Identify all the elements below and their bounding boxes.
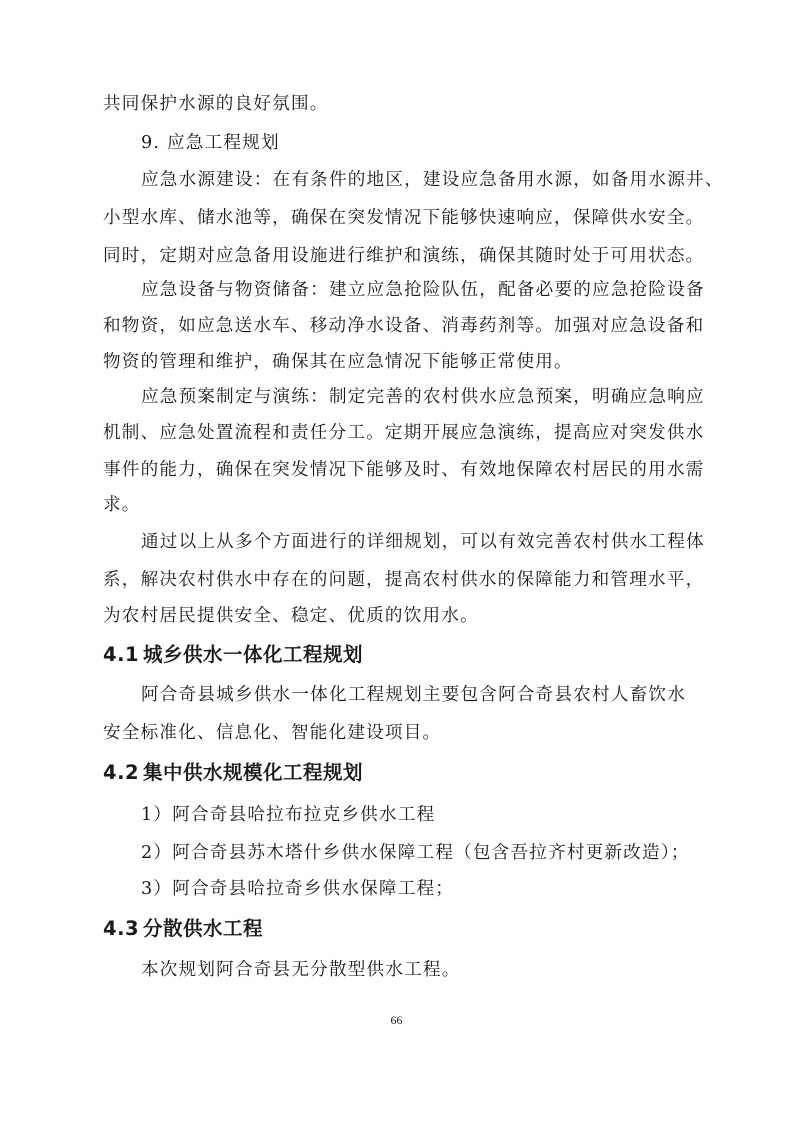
text-line: 阿合奇县城乡供水一体化工程规划主要包含阿合奇县农村人畜饮水 bbox=[141, 684, 731, 706]
section-heading: 4.1城乡供水一体化工程规划 bbox=[103, 643, 363, 667]
text-line: 共同保护水源的良好氛围。 bbox=[103, 93, 693, 115]
text-line: 3）阿合奇县哈拉奇乡供水保障工程； bbox=[141, 878, 731, 900]
section-title: 城乡供水一体化工程规划 bbox=[143, 643, 363, 666]
text-line: 为农村居民提供安全、稳定、优质的饮用水。 bbox=[103, 605, 693, 627]
text-line: 机制、应急处置流程和责任分工。定期开展应急演练，提高应对突发供水 bbox=[103, 422, 693, 444]
text-line: 求。 bbox=[103, 494, 693, 516]
text-line: 小型水库、储水池等，确保在突发情况下能够快速响应，保障供水安全。 bbox=[103, 207, 693, 229]
text-line: 安全标准化、信息化、智能化建设项目。 bbox=[103, 722, 693, 744]
text-line: 本次规划阿合奇县无分散型供水工程。 bbox=[141, 959, 731, 981]
section-heading: 4.3分散供水工程 bbox=[103, 917, 263, 941]
text-line: 事件的能力，确保在突发情况下能够及时、有效地保障农村居民的用水需 bbox=[103, 459, 693, 481]
section-heading: 4.2集中供水规模化工程规划 bbox=[103, 761, 363, 785]
text-line: 应急设备与物资储备：建立应急抢险队伍，配备必要的应急抢险设备 bbox=[141, 279, 731, 301]
section-number: 4.2 bbox=[103, 761, 143, 785]
text-line: 2）阿合奇县苏木塔什乡供水保障工程（包含吾拉齐村更新改造）； bbox=[141, 842, 731, 864]
text-line: 系，解决农村供水中存在的问题，提高农村供水的保障能力和管理水平， bbox=[103, 569, 693, 591]
text-line: 和物资，如应急送水车、移动净水设备、消毒药剂等。加强对应急设备和 bbox=[103, 315, 693, 337]
text-line: 9. 应急工程规划 bbox=[141, 132, 731, 154]
section-title: 分散供水工程 bbox=[143, 917, 263, 940]
text-line: 应急预案制定与演练：制定完善的农村供水应急预案，明确应急响应 bbox=[141, 386, 731, 408]
text-line: 1）阿合奇县哈拉布拉克乡供水工程 bbox=[141, 804, 731, 826]
text-line: 应急水源建设：在有条件的地区，建设应急备用水源，如备用水源井、 bbox=[141, 169, 731, 191]
text-line: 同时，定期对应急备用设施进行维护和演练，确保其随时处于可用状态。 bbox=[103, 245, 693, 267]
text-line: 物资的管理和维护，确保其在应急情况下能够正常使用。 bbox=[103, 351, 693, 373]
page-number: 66 bbox=[0, 1013, 793, 1028]
text-line: 通过以上从多个方面进行的详细规划，可以有效完善农村供水工程体 bbox=[141, 531, 731, 553]
section-number: 4.3 bbox=[103, 917, 143, 941]
section-number: 4.1 bbox=[103, 643, 143, 667]
section-title: 集中供水规模化工程规划 bbox=[143, 761, 363, 784]
